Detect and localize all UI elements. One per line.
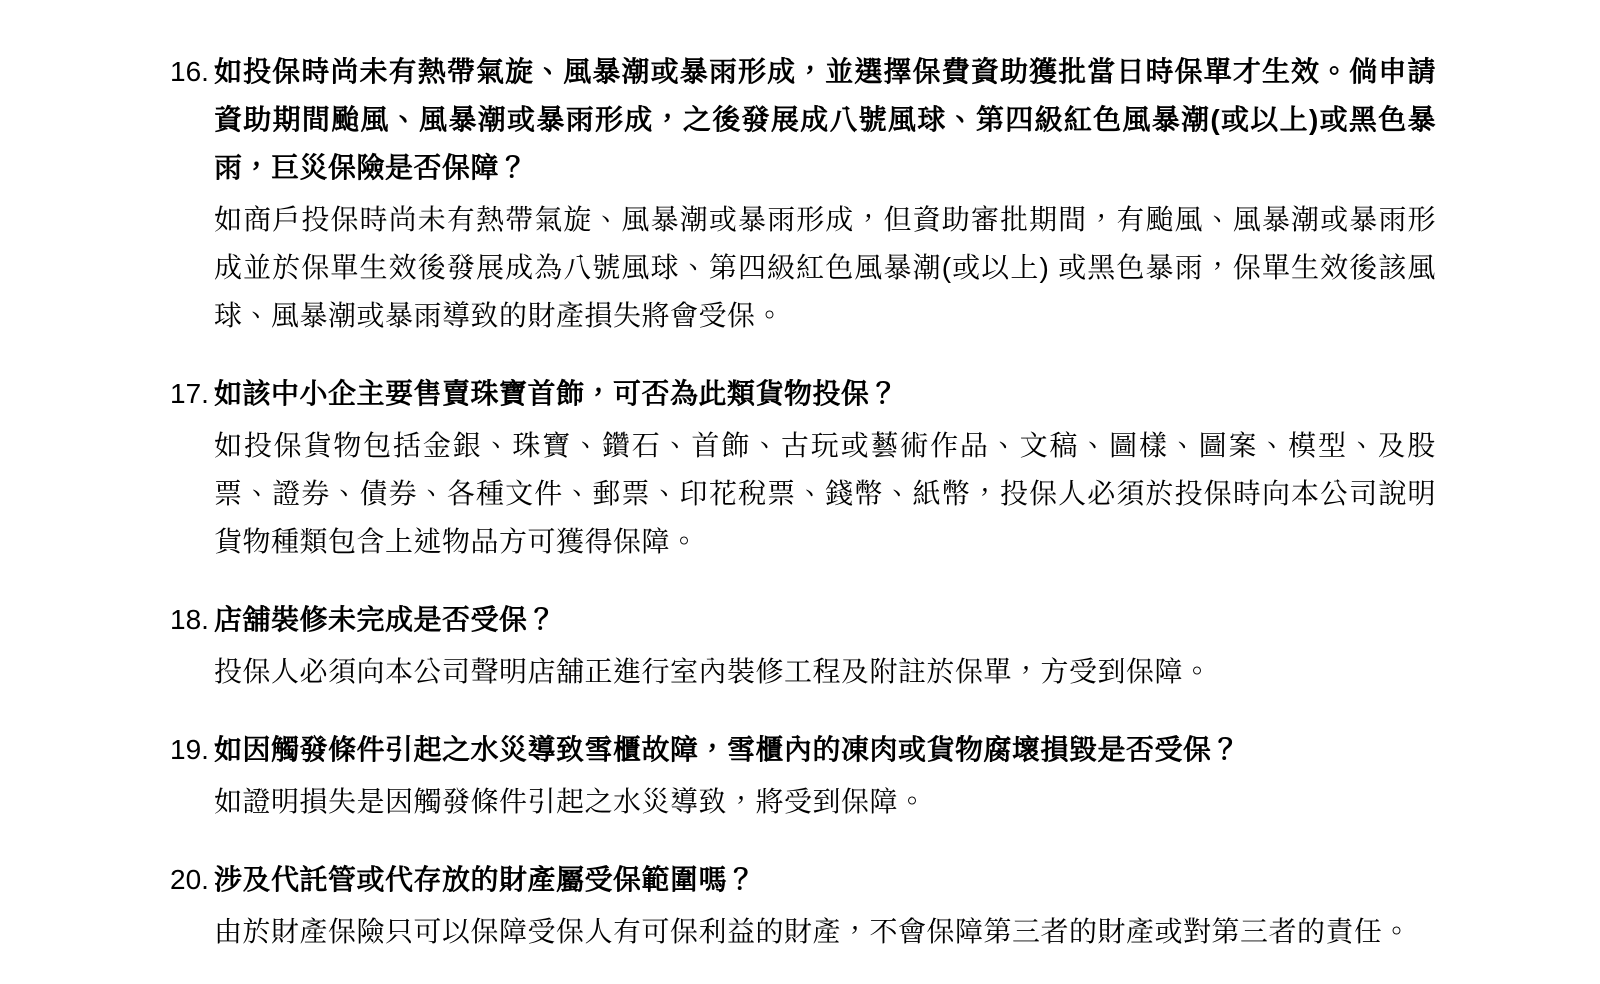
item-question: 涉及代託管或代存放的財產屬受保範圍嗎？ [214, 856, 1436, 904]
faq-item-17: 17. 如該中小企主要售賣珠寶首飾，可否為此類貨物投保？ 如投保貨物包括金銀、珠… [170, 370, 1436, 566]
item-question: 如該中小企主要售賣珠寶首飾，可否為此類貨物投保？ [214, 370, 1436, 418]
faq-item-20: 20. 涉及代託管或代存放的財產屬受保範圍嗎？ 由於財產保險只可以保障受保人有可… [170, 856, 1436, 956]
item-question: 如因觸發條件引起之水災導致雪櫃故障，雪櫃內的凍肉或貨物腐壞損毀是否受保？ [214, 726, 1436, 774]
item-number: 18. [170, 596, 214, 644]
item-number: 16. [170, 48, 214, 192]
item-number: 17. [170, 370, 214, 418]
item-answer: 如證明損失是因觸發條件引起之水災導致，將受到保障。 [214, 778, 1436, 826]
faq-item-18: 18. 店舖裝修未完成是否受保？ 投保人必須向本公司聲明店舖正進行室內裝修工程及… [170, 596, 1436, 696]
faq-item-19: 19. 如因觸發條件引起之水災導致雪櫃故障，雪櫃內的凍肉或貨物腐壞損毀是否受保？… [170, 726, 1436, 826]
item-answer: 由於財產保險只可以保障受保人有可保利益的財產，不會保障第三者的財產或對第三者的責… [214, 908, 1436, 956]
item-question: 如投保時尚未有熱帶氣旋、風暴潮或暴雨形成，並選擇保費資助獲批當日時保單才生效。倘… [214, 48, 1436, 192]
faq-item-16: 16. 如投保時尚未有熱帶氣旋、風暴潮或暴雨形成，並選擇保費資助獲批當日時保單才… [170, 48, 1436, 340]
item-answer: 如投保貨物包括金銀、珠寶、鑽石、首飾、古玩或藝術作品、文稿、圖樣、圖案、模型、及… [214, 422, 1436, 566]
item-number: 20. [170, 856, 214, 904]
item-number: 19. [170, 726, 214, 774]
item-answer: 如商戶投保時尚未有熱帶氣旋、風暴潮或暴雨形成，但資助審批期間，有颱風、風暴潮或暴… [214, 196, 1436, 340]
document-page: 16. 如投保時尚未有熱帶氣旋、風暴潮或暴雨形成，並選擇保費資助獲批當日時保單才… [0, 0, 1600, 984]
item-answer: 投保人必須向本公司聲明店舖正進行室內裝修工程及附註於保單，方受到保障。 [214, 648, 1436, 696]
item-question: 店舖裝修未完成是否受保？ [214, 596, 1436, 644]
